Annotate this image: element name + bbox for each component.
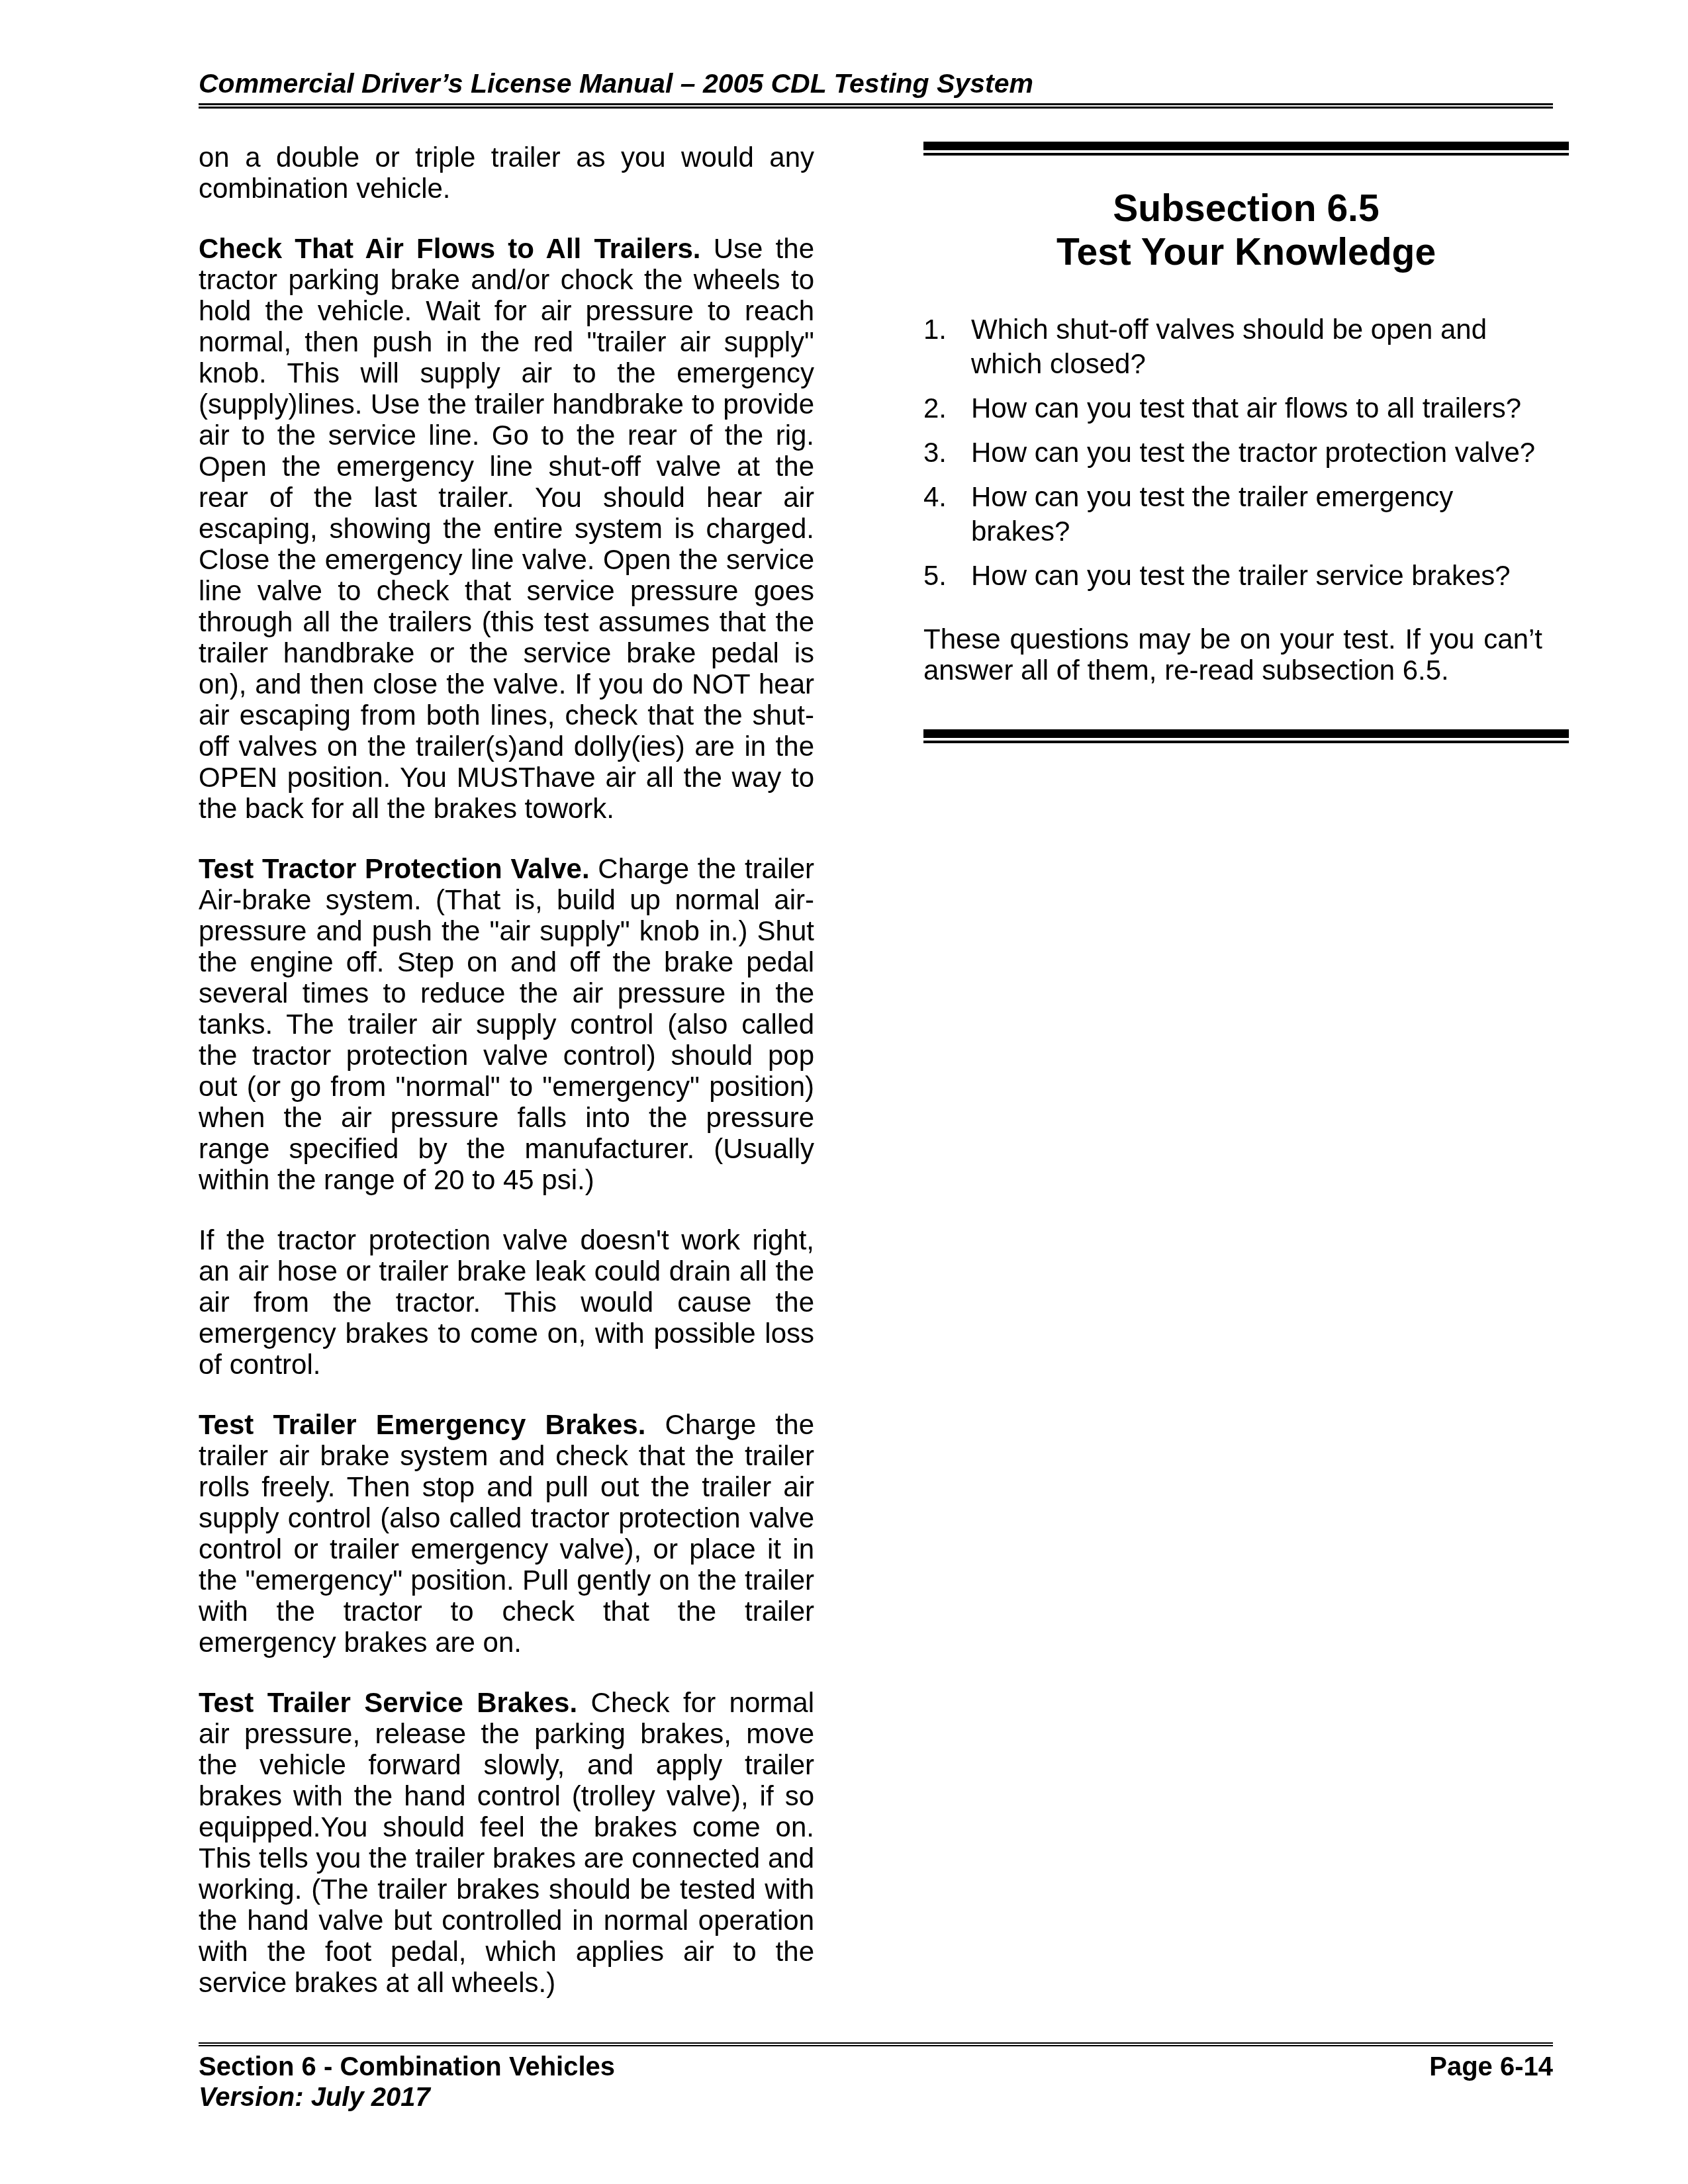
paragraph-lead: Check That Air Flows to All Trailers. bbox=[199, 233, 701, 264]
paragraph-text: Check for normal air pressure, release t… bbox=[199, 1687, 814, 1998]
paragraph-lead: Test Trailer Emergency Brakes. bbox=[199, 1409, 645, 1440]
subsection-top-rule bbox=[923, 142, 1569, 156]
page-footer: Section 6 - Combination Vehicles Page 6-… bbox=[199, 2042, 1553, 2113]
paragraph-text: Charge the trailer air brake system and … bbox=[199, 1409, 814, 1658]
thin-rule-line bbox=[923, 153, 1569, 156]
question-list: 1. Which shut-off valves should be open … bbox=[923, 312, 1569, 593]
footer-version-label: Version: July 2017 bbox=[199, 2082, 1553, 2113]
footer-section-label: Section 6 - Combination Vehicles bbox=[199, 2052, 615, 2082]
paragraph: Check That Air Flows to All Trailers. Us… bbox=[199, 233, 814, 824]
question-item: 3. How can you test the tractor protecti… bbox=[923, 435, 1542, 470]
paragraph: Test Tractor Protection Valve. Charge th… bbox=[199, 853, 814, 1195]
footer-row: Section 6 - Combination Vehicles Page 6-… bbox=[199, 2052, 1553, 2082]
question-text: How can you test the tractor protection … bbox=[971, 435, 1542, 470]
subsection-title: Test Your Knowledge bbox=[923, 230, 1569, 274]
question-number: 3. bbox=[923, 435, 971, 470]
footer-page-number: Page 6-14 bbox=[1429, 2052, 1553, 2082]
question-text: How can you test the trailer service bra… bbox=[971, 559, 1542, 593]
question-number: 2. bbox=[923, 391, 971, 426]
question-item: 1. Which shut-off valves should be open … bbox=[923, 312, 1542, 381]
paragraph-lead: Test Trailer Service Brakes. bbox=[199, 1687, 577, 1718]
header-title: Commercial Driver’s License Manual – 200… bbox=[199, 68, 1553, 99]
thin-rule-line bbox=[923, 741, 1569, 743]
question-item: 5. How can you test the trailer service … bbox=[923, 559, 1542, 593]
paragraph-text: Use the tractor parking brake and/or cho… bbox=[199, 233, 814, 824]
note-paragraph: These questions may be on your test. If … bbox=[923, 623, 1569, 686]
subsection-bottom-rule bbox=[923, 729, 1569, 743]
page-header: Commercial Driver’s License Manual – 200… bbox=[199, 68, 1553, 109]
paragraph: Test Trailer Service Brakes. Check for n… bbox=[199, 1687, 814, 1998]
paragraph: Test Trailer Emergency Brakes. Charge th… bbox=[199, 1409, 814, 1658]
paragraph-text: Charge the trailer Air-brake system. (Th… bbox=[199, 853, 814, 1195]
subsection-heading: Subsection 6.5 Test Your Knowledge bbox=[923, 187, 1569, 274]
paragraph: on a double or triple trailer as you wou… bbox=[199, 142, 814, 204]
left-column: on a double or triple trailer as you wou… bbox=[199, 142, 814, 1998]
thick-rule-line bbox=[923, 729, 1569, 738]
paragraph-lead: Test Tractor Protection Valve. bbox=[199, 853, 590, 884]
header-rule bbox=[199, 103, 1553, 109]
subsection-number: Subsection 6.5 bbox=[923, 187, 1569, 230]
right-column: Subsection 6.5 Test Your Knowledge 1. Wh… bbox=[923, 142, 1569, 743]
footer-rule bbox=[199, 2042, 1553, 2046]
content-columns: on a double or triple trailer as you wou… bbox=[199, 142, 1569, 1998]
question-text: Which shut-off valves should be open and… bbox=[971, 312, 1542, 381]
paragraph: If the tractor protection valve doesn't … bbox=[199, 1224, 814, 1380]
question-number: 5. bbox=[923, 559, 971, 593]
thick-rule-line bbox=[923, 142, 1569, 150]
question-item: 4. How can you test the trailer emergenc… bbox=[923, 480, 1542, 549]
paragraph-text: If the tractor protection valve doesn't … bbox=[199, 1224, 814, 1380]
question-number: 1. bbox=[923, 312, 971, 381]
question-number: 4. bbox=[923, 480, 971, 549]
question-text: How can you test that air flows to all t… bbox=[971, 391, 1542, 426]
question-text: How can you test the trailer emergency b… bbox=[971, 480, 1542, 549]
paragraph-text: on a double or triple trailer as you wou… bbox=[199, 142, 814, 204]
manual-page: Commercial Driver’s License Manual – 200… bbox=[0, 0, 1688, 2184]
question-item: 2. How can you test that air flows to al… bbox=[923, 391, 1542, 426]
